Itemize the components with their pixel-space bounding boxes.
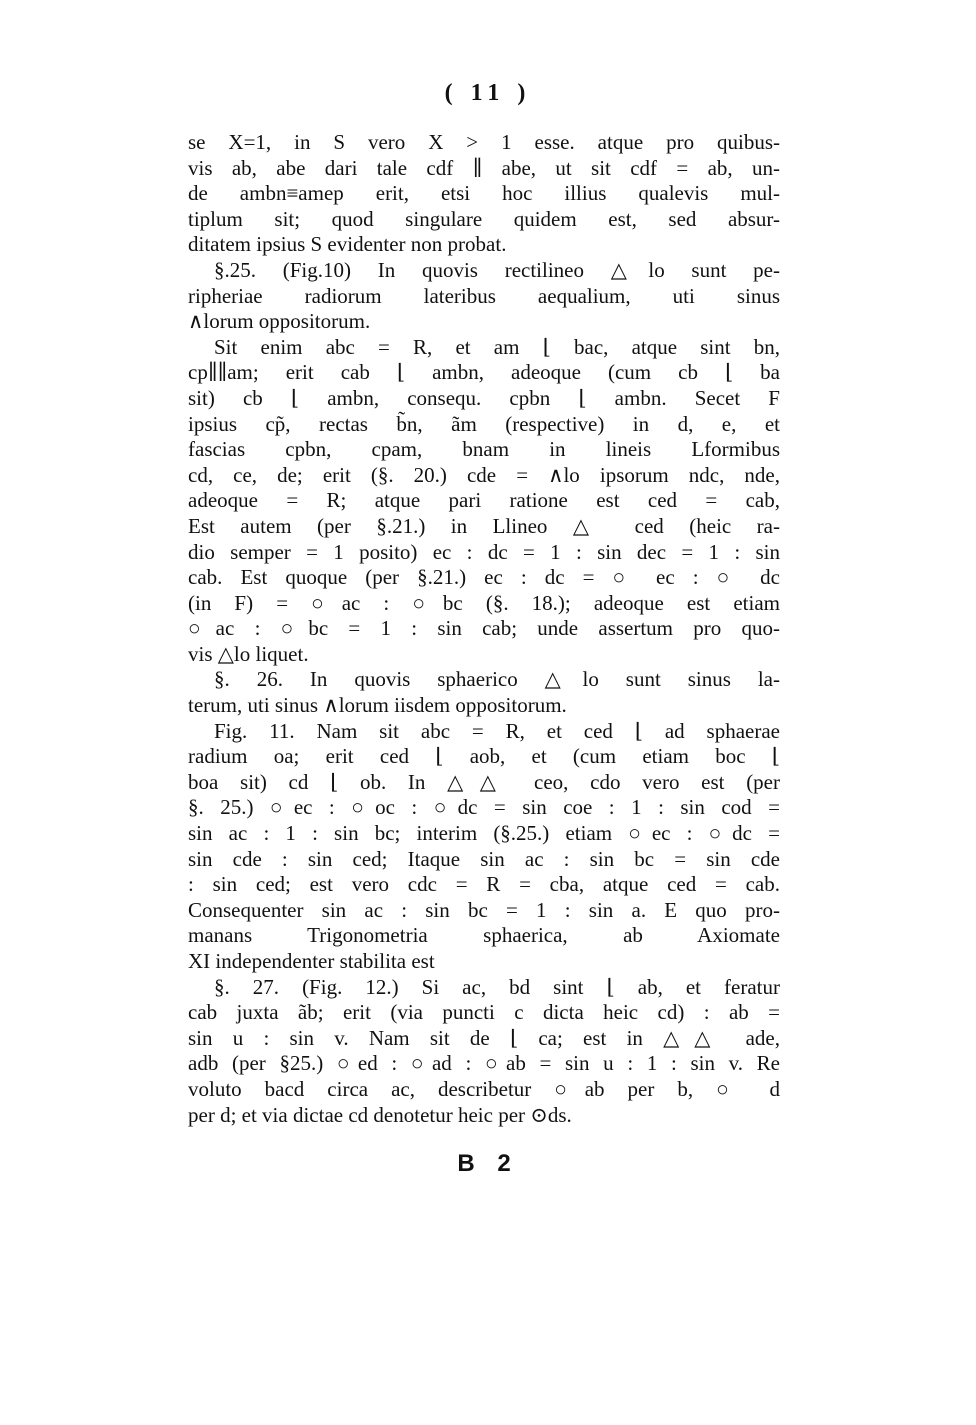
text-line: sin u : sin v. Nam sit de ⌊ ca; est in △… (188, 1026, 780, 1052)
text-line: Est autem (per §.21.) in Llineo △ ced (h… (188, 514, 780, 540)
text-line: §. 27. (Fig. 12.) Si ac, bd sint ⌊ ab, e… (188, 975, 780, 1001)
text-line: se X=1, in S vero X > 1 esse. atque pro … (188, 130, 780, 156)
text-line: adeoque = R; atque pari ratione est ced … (188, 488, 780, 514)
signature-mark: B 2 (0, 1150, 976, 1178)
text-line: terum, uti sinus ∧lorum iisdem oppositor… (188, 693, 780, 719)
text-line: cp∥∥am; erit cab ⌊ ambn, adeoque (cum cb… (188, 360, 780, 386)
text-line: sin cde : sin ced; Itaque sin ac : sin b… (188, 847, 780, 873)
text-line: §. 25.) ○ec : ○oc : ○dc = sin coe : 1 : … (188, 795, 780, 821)
text-line: ipsius cp̃, rectas b̃n, ãm (respective) … (188, 412, 780, 438)
page-number: ( 11 ) (0, 80, 976, 107)
text-line: ∧lorum oppositorum. (188, 309, 780, 335)
body-text: se X=1, in S vero X > 1 esse. atque pro … (188, 130, 780, 1128)
text-line: vis ab, abe dari tale cdf ∥ abe, ut sit … (188, 156, 780, 182)
text-line: cab juxta ãb; erit (via puncti c dicta h… (188, 1000, 780, 1026)
text-line: per d; et via dictae cd denotetur heic p… (188, 1103, 780, 1129)
text-line: §. 26. In quovis sphaerico △lo sunt sinu… (188, 667, 780, 693)
text-line: §.25. (Fig.10) In quovis rectilineo △lo … (188, 258, 780, 284)
text-line: vis △lo liquet. (188, 642, 780, 668)
text-line: (in F) = ○ac : ○bc (§. 18.); adeoque est… (188, 591, 780, 617)
text-line: Fig. 11. Nam sit abc = R, et ced ⌊ ad sp… (188, 719, 780, 745)
text-line: cd, ce, de; erit (§. 20.) cde = ∧lo ipso… (188, 463, 780, 489)
text-line: sit) cb ⌊ ambn, consequ. cpbn ⌊ ambn. Se… (188, 386, 780, 412)
text-line: tiplum sit; quod singulare quidem est, s… (188, 207, 780, 233)
text-line: cab. Est quoque (per §.21.) ec : dc = ○ … (188, 565, 780, 591)
text-line: ripheriae radiorum lateribus aequalium, … (188, 284, 780, 310)
text-line: fascias cpbn, cpam, bnam in lineis Lform… (188, 437, 780, 463)
text-line: Consequenter sin ac : sin bc = 1 : sin a… (188, 898, 780, 924)
text-line: de ambn≡amep erit, etsi hoc illius quale… (188, 181, 780, 207)
text-line: dio semper = 1 posito) ec : dc = 1 : sin… (188, 540, 780, 566)
text-line: XI independenter stabilita est (188, 949, 780, 975)
text-line: boa sit) cd ⌊ ob. In △△ ceo, cdo vero es… (188, 770, 780, 796)
text-line: ditatem ipsius S evidenter non probat. (188, 232, 780, 258)
text-line: adb (per §25.) ○ed : ○ad : ○ab = sin u :… (188, 1051, 780, 1077)
text-line: voluto bacd circa ac, describetur ○ab pe… (188, 1077, 780, 1103)
text-line: ○ac : ○bc = 1 : sin cab; unde assertum p… (188, 616, 780, 642)
text-line: : sin ced; est vero cdc = R = cba, atque… (188, 872, 780, 898)
text-line: Sit enim abc = R, et am ⌊ bac, atque sin… (188, 335, 780, 361)
text-line: manans Trigonometria sphaerica, ab Axiom… (188, 923, 780, 949)
text-line: radium oa; erit ced ⌊ aob, et (cum etiam… (188, 744, 780, 770)
text-line: sin ac : 1 : sin bc; interim (§.25.) eti… (188, 821, 780, 847)
book-page: ( 11 ) se X=1, in S vero X > 1 esse. atq… (0, 0, 976, 1425)
